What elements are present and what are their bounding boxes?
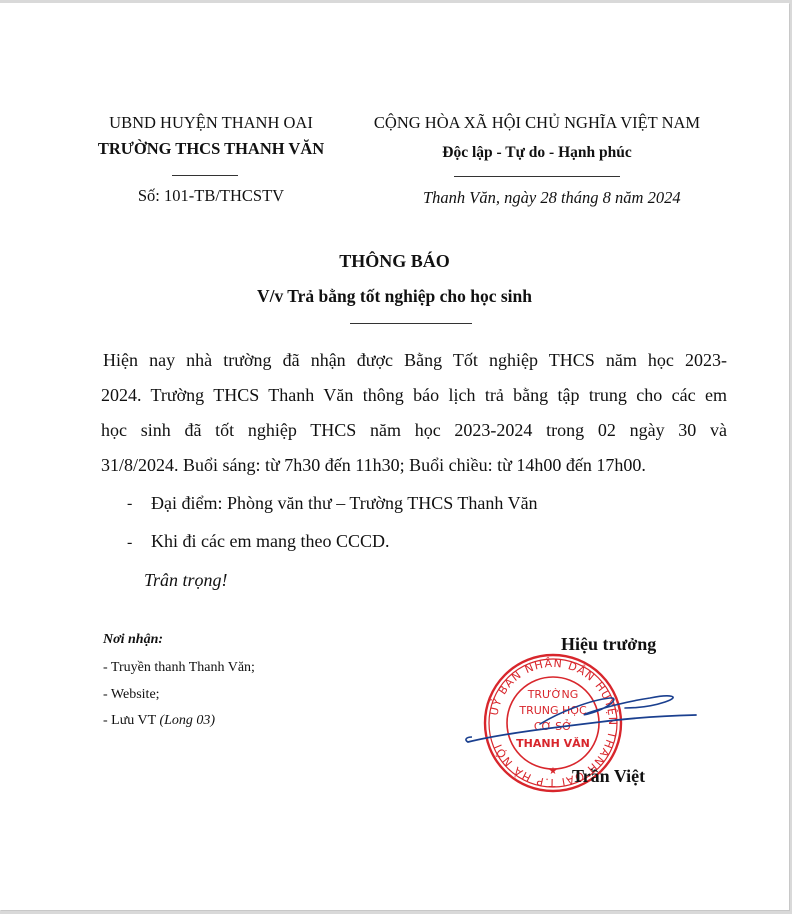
paragraph-line-4: 31/8/2024. Buổi sáng: từ 7h30 đến 11h30;… [101,456,727,474]
handwritten-signature-icon [460,688,700,748]
place-date: Thanh Văn, ngày 28 tháng 8 năm 2024 [423,188,681,208]
svg-text:★: ★ [549,766,558,777]
recipient-item: - Website; [103,687,160,703]
signer-name: Trần Việt [572,766,645,787]
title-rule [350,323,472,324]
recipient-item: - Lưu VT (Long 03) [103,713,215,729]
school-name: TRƯỜNG THCS THANH VĂN [80,139,342,159]
document-number: Số: 101-TB/THCSTV [80,186,342,206]
header-right-rule [454,176,620,177]
recipient-item: - Truyền thanh Thanh Văn; [103,660,255,676]
national-title: CỘNG HÒA XÃ HỘI CHỦ NGHĨA VIỆT NAM [352,113,722,133]
bullet-marker: - [127,495,132,513]
document-page: UBND HUYỆN THANH OAI TRƯỜNG THCS THANH V… [0,3,789,910]
national-motto: Độc lập - Tự do - Hạnh phúc [352,144,722,162]
recipient-archive: - Lưu VT [103,713,159,728]
notice-subject: V/v Trả bằng tốt nghiệp cho học sinh [0,286,789,307]
bullet-requirement: Khi đi các em mang theo CCCD. [151,531,389,552]
header-left-rule [172,175,238,176]
paragraph-line-3: học sinh đã tốt nghiệp THCS năm học 2023… [101,421,727,439]
bullet-marker: - [127,534,132,552]
paragraph-line-2: 2024. Trường THCS Thanh Văn thông báo lị… [101,386,727,404]
bullet-location: Đại điểm: Phòng văn thư – Trường THCS Th… [151,493,538,514]
notice-title: THÔNG BÁO [0,251,789,272]
recipient-archive-note: (Long 03) [159,713,215,728]
issuing-authority: UBND HUYỆN THANH OAI [80,113,342,133]
closing-greeting: Trân trọng! [144,570,228,591]
recipients-heading: Nơi nhận: [103,632,163,648]
paragraph-line-1: Hiện nay nhà trường đã nhận được Bằng Tố… [103,351,727,369]
